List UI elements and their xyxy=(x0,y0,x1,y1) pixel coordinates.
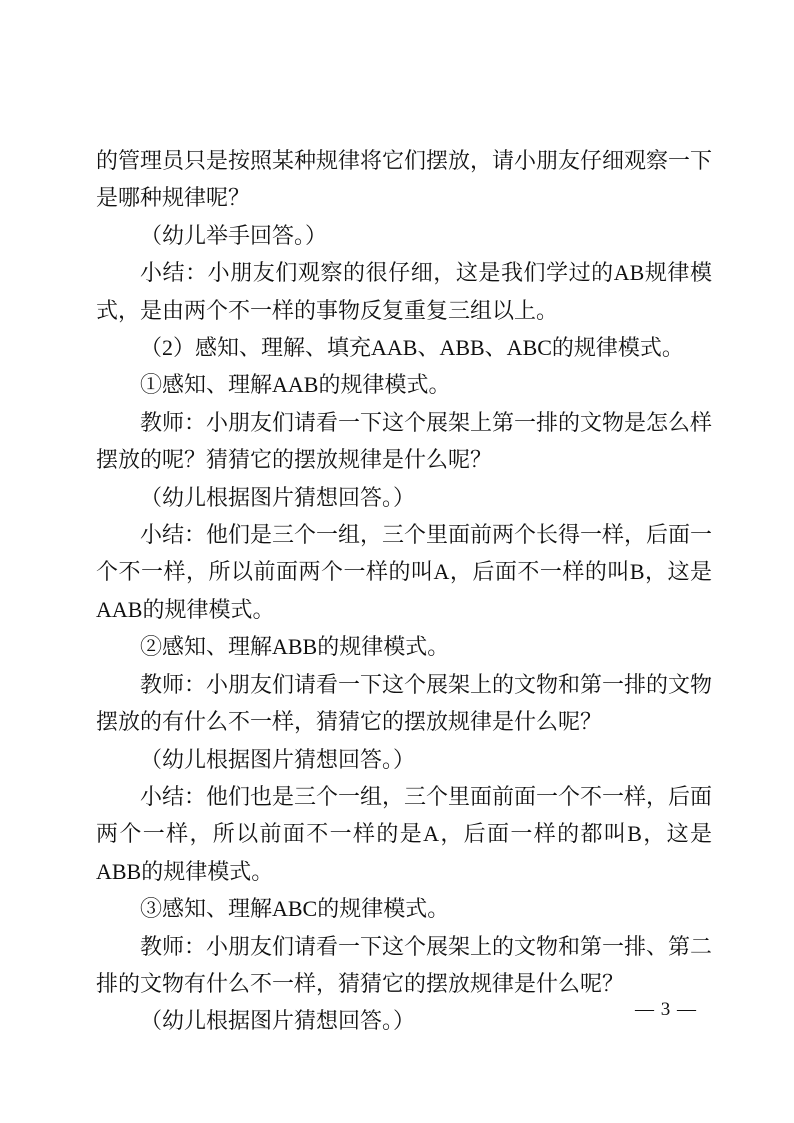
paragraph: 的管理员只是按照某种规律将它们摆放，请小朋友仔细观察一下是哪种规律呢？ xyxy=(96,142,712,217)
paragraph: 教师：小朋友们请看一下这个展架上的文物和第一排、第二排的文物有什么不一样，猜猜它… xyxy=(96,928,712,1003)
paragraph: （2）感知、理解、填充AAB、ABB、ABC的规律模式。 xyxy=(96,329,712,366)
paragraph: 小结：小朋友们观察的很仔细，这是我们学过的AB规律模式，是由两个不一样的事物反复… xyxy=(96,254,712,329)
paragraph: ①感知、理解AAB的规律模式。 xyxy=(96,366,712,403)
paragraph: （幼儿举手回答。） xyxy=(96,217,712,254)
paragraph: ③感知、理解ABC的规律模式。 xyxy=(96,890,712,927)
page-number: — 3 — xyxy=(635,997,697,1023)
document-body: 的管理员只是按照某种规律将它们摆放，请小朋友仔细观察一下是哪种规律呢？（幼儿举手… xyxy=(96,142,712,1040)
paragraph: ②感知、理解ABB的规律模式。 xyxy=(96,628,712,665)
paragraph: （幼儿根据图片猜想回答。） xyxy=(96,741,712,778)
paragraph: 小结：他们也是三个一组，三个里面前面一个不一样，后面两个一样，所以前面不一样的是… xyxy=(96,778,712,890)
paragraph: 小结：他们是三个一组，三个里面前两个长得一样，后面一个不一样，所以前面两个一样的… xyxy=(96,516,712,628)
paragraph: （幼儿根据图片猜想回答。） xyxy=(96,479,712,516)
paragraph: （幼儿根据图片猜想回答。） xyxy=(96,1002,712,1039)
paragraph: 教师：小朋友们请看一下这个展架上第一排的文物是怎么样摆放的呢？猜猜它的摆放规律是… xyxy=(96,404,712,479)
document-page: 的管理员只是按照某种规律将它们摆放，请小朋友仔细观察一下是哪种规律呢？（幼儿举手… xyxy=(0,0,794,1123)
paragraph: 教师：小朋友们请看一下这个展架上的文物和第一排的文物摆放的有什么不一样，猜猜它的… xyxy=(96,666,712,741)
